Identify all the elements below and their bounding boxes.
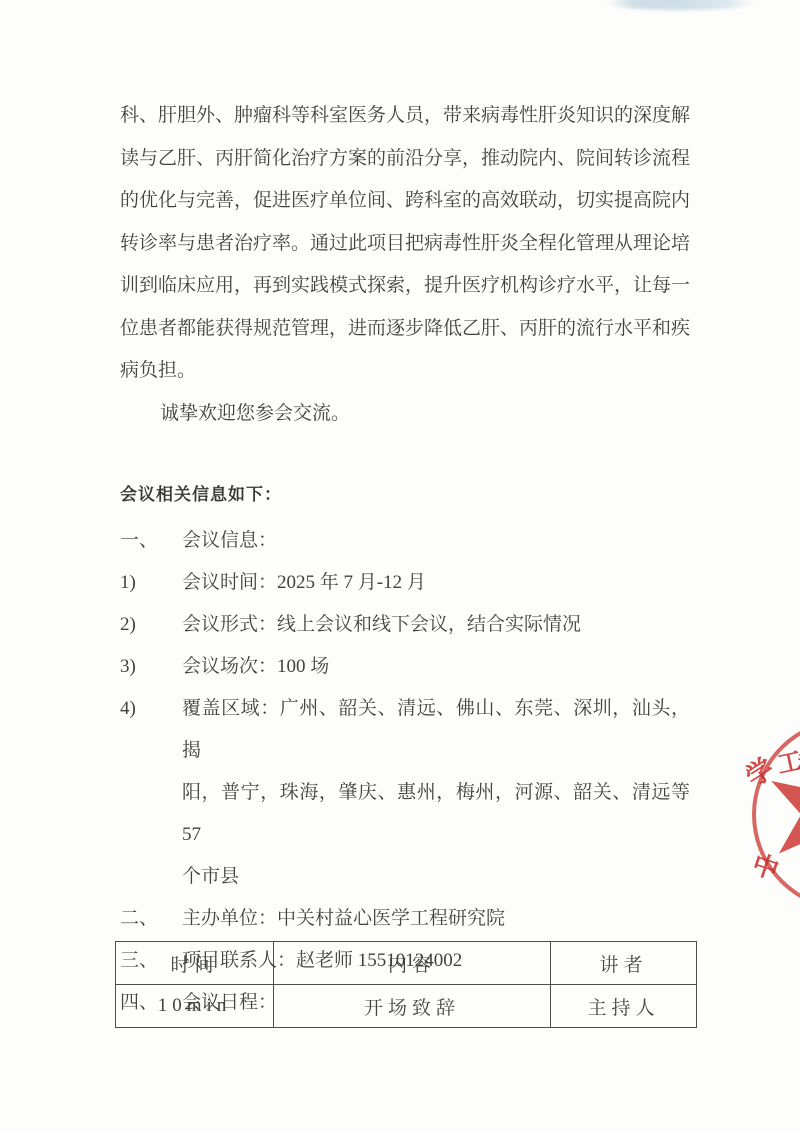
- schedule-cell-time: 10min: [116, 985, 274, 1028]
- list-item-line: 覆盖区域：广州、韶关、清远、佛山、东莞、深圳，汕头，揭: [182, 688, 690, 772]
- schedule-header-row: 时间 内容 讲者: [116, 942, 697, 985]
- schedule-row: 10min 开场致辞 主持人: [116, 985, 697, 1028]
- schedule-table: 时间 内容 讲者 10min 开场致辞 主持人: [115, 941, 697, 1028]
- list-item: 1) 会议时间：2025 年 7 月-12 月: [120, 562, 695, 604]
- list-item: 2) 会议形式：线上会议和线下会议，结合实际情况: [120, 604, 695, 646]
- intro-line: 病负担。: [120, 350, 690, 393]
- list-item: 一、 会议信息：: [120, 520, 695, 562]
- list-item-text: 会议形式：线上会议和线下会议，结合实际情况: [182, 604, 695, 646]
- schedule-header-time: 时间: [116, 942, 274, 985]
- intro-line: 的优化与完善，促进医疗单位间、跨科室的高效联动，切实提高院内: [120, 180, 690, 223]
- schedule-cell-speaker: 主持人: [551, 985, 697, 1028]
- intro-line: 位患者都能获得规范管理，进而逐步降低乙肝、丙肝的流行水平和疾: [120, 308, 690, 351]
- list-item: 二、 主办单位：中关村益心医学工程研究院: [120, 898, 695, 940]
- document-page: 科、肝胆外、肿瘤科等科室医务人员，带来病毒性肝炎知识的深度解 读与乙肝、丙肝简化…: [0, 0, 800, 1131]
- list-item-marker: 1): [120, 562, 182, 604]
- intro-line: 读与乙肝、丙肝简化治疗方案的前沿分享，推动院内、院间转诊流程: [120, 138, 690, 181]
- list-item-marker: 一、: [120, 520, 182, 562]
- list-item-marker: 4): [120, 688, 182, 898]
- list-item-text: 会议信息：: [182, 520, 695, 562]
- list-item-marker: 二、: [120, 898, 182, 940]
- scan-smudge: [606, 0, 756, 10]
- list-item-text: 覆盖区域：广州、韶关、清远、佛山、东莞、深圳，汕头，揭 阳，普宁，珠海，肇庆、惠…: [182, 688, 690, 898]
- list-item: 3) 会议场次：100 场: [120, 646, 695, 688]
- closing-sentence: 诚挚欢迎您参会交流。: [120, 393, 690, 436]
- list-item-marker: 3): [120, 646, 182, 688]
- intro-line: 科、肝胆外、肿瘤科等科室医务人员，带来病毒性肝炎知识的深度解: [120, 95, 690, 138]
- schedule-cell-content: 开场致辞: [274, 985, 551, 1028]
- list-item: 4) 覆盖区域：广州、韶关、清远、佛山、东莞、深圳，汕头，揭 阳，普宁，珠海，肇…: [120, 688, 695, 898]
- list-item-line: 阳，普宁，珠海，肇庆、惠州，梅州，河源、韶关、清远等57: [182, 772, 690, 856]
- list-item-text: 主办单位：中关村益心医学工程研究院: [182, 898, 695, 940]
- intro-line: 训到临床应用，再到实践模式探索，提升医疗机构诊疗水平，让每一: [120, 265, 690, 308]
- list-item-text: 会议场次：100 场: [182, 646, 695, 688]
- intro-paragraph: 科、肝胆外、肿瘤科等科室医务人员，带来病毒性肝炎知识的深度解 读与乙肝、丙肝简化…: [120, 95, 690, 435]
- list-item-line: 个市县: [182, 856, 690, 898]
- section-heading: 会议相关信息如下：: [120, 480, 282, 510]
- schedule-header-content: 内容: [274, 942, 551, 985]
- schedule-header-speaker: 讲者: [551, 942, 697, 985]
- intro-line: 转诊率与患者治疗率。通过此项目把病毒性肝炎全程化管理从理论培: [120, 223, 690, 266]
- list-item-text: 会议时间：2025 年 7 月-12 月: [182, 562, 695, 604]
- list-item-marker: 2): [120, 604, 182, 646]
